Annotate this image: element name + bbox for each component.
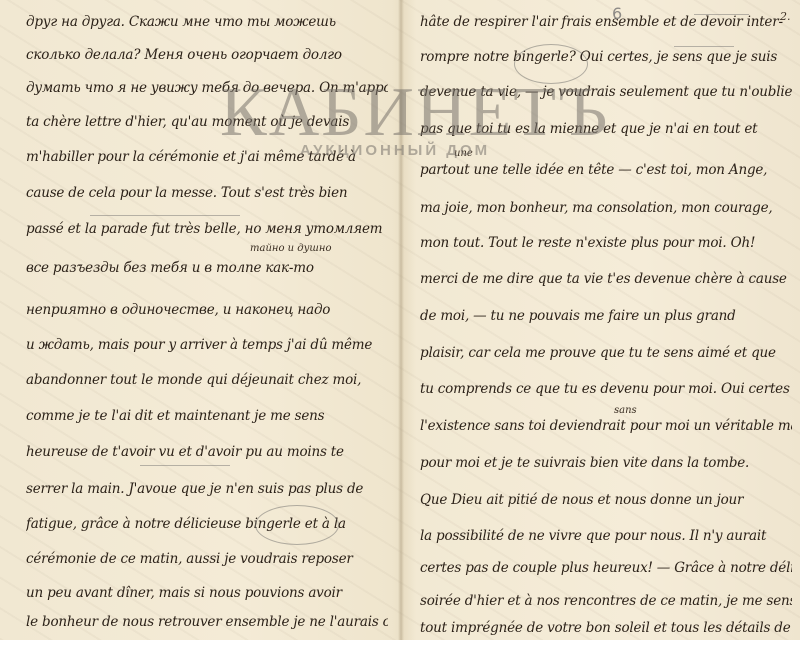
left-line-3: думать что я не увижу тебя до вечера. On… <box>26 80 388 96</box>
right-line-11: tu comprends ce que tu es devenu pour mo… <box>420 381 792 397</box>
right-line-3: devenue ta vie, — je voudrais seulement … <box>420 84 792 100</box>
left-line-6: cause de cela pour la messe. Tout s'est … <box>26 185 388 201</box>
page-number: 2. <box>780 10 791 23</box>
pencil-underline <box>90 215 240 216</box>
right-line-1: hâte de respirer l'air frais ensemble et… <box>420 14 792 30</box>
left-line-14: serrer la main. J'avoue que je n'en suis… <box>26 481 388 497</box>
left-line-12: comme je te l'ai dit et maintenant je me… <box>26 408 388 424</box>
pencil-circle-annotation <box>255 505 339 545</box>
pencil-page-mark: 6 <box>612 4 622 23</box>
left-line-9: неприятно в одиночестве, и наконец надо <box>26 302 388 318</box>
right-line-8: merci de me dire que ta vie t'es devenue… <box>420 271 792 287</box>
right-line-4: pas que toi tu es la mienne et que je n'… <box>420 121 792 137</box>
right-line-10: plaisir, car cela me prouve que tu te se… <box>420 345 792 361</box>
left-line-17: un peu avant dîner, mais si nous pouvion… <box>26 585 388 601</box>
scan-bottom-margin <box>0 640 800 648</box>
left-line-13: heureuse de t'avoir vu et d'avoir pu au … <box>26 444 388 460</box>
left-line-7: passé et la parade fut très belle, но ме… <box>26 221 388 237</box>
left-line-2: сколько делала? Меня очень огорчает долг… <box>26 47 388 63</box>
left-line-5: m'habiller pour la cérémonie et j'ai mêm… <box>26 149 388 165</box>
left-line-18: le bonheur de nous retrouver ensemble je… <box>26 614 388 630</box>
left-line-1: друг на друга. Скажи мне что ты можешь <box>26 14 388 30</box>
right-line-14: Que Dieu ait pitié de nous et nous donne… <box>420 492 792 508</box>
interlinear-note-2: sans <box>614 405 637 416</box>
right-line-5: partout une telle idée en tête — c'est t… <box>420 162 792 178</box>
right-line-16: certes pas de couple plus heureux! — Grâ… <box>420 560 792 576</box>
interlinear-note: тайно и душно <box>250 243 332 254</box>
right-line-18: tout imprégnée de votre bon soleil et to… <box>420 620 792 636</box>
right-page: hâte de respirer l'air frais ensemble et… <box>404 0 800 640</box>
right-line-15: la possibilité de ne vivre que pour nous… <box>420 528 792 544</box>
interlinear-note-1: une <box>454 148 473 159</box>
right-line-17: soirée d'hier et à nos rencontres de ce … <box>420 593 792 609</box>
right-line-9: de moi, — tu ne pouvais me faire un plus… <box>420 308 792 324</box>
pencil-stroke <box>694 14 749 15</box>
left-line-11: abandonner tout le monde qui déjeunait c… <box>26 372 388 388</box>
left-page: друг на друга. Скажи мне что ты можешь с… <box>0 0 398 640</box>
left-line-16: cérémonie de ce matin, aussi je voudrais… <box>26 551 388 567</box>
right-line-13: pour moi et je te suivrais bien vite dan… <box>420 455 792 471</box>
right-line-6: ma joie, mon bonheur, ma consolation, mo… <box>420 200 792 216</box>
left-line-8: все разъезды без тебя и в толпе как-то <box>26 260 388 276</box>
pencil-stroke <box>674 46 734 47</box>
left-line-4: ta chère lettre d'hier, qu'au moment où … <box>26 114 388 130</box>
left-line-10: и ждать, mais pour y arriver à temps j'a… <box>26 337 388 353</box>
pencil-stroke <box>140 465 230 466</box>
right-line-7: mon tout. Tout le reste n'existe plus po… <box>420 235 792 251</box>
right-line-2: rompre notre bingerle? Oui certes, je se… <box>420 49 792 65</box>
letter-sheet: друг на друга. Скажи мне что ты можешь с… <box>0 0 800 640</box>
right-line-12: l'existence sans toi deviendrait pour mo… <box>420 418 792 434</box>
pencil-circle-annotation <box>514 44 588 84</box>
